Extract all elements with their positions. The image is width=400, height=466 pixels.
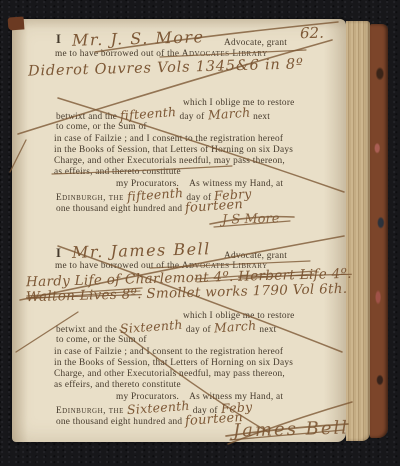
form-session: in the Books of Session, that Letters of… xyxy=(54,358,293,368)
form-session: in the Books of Session, that Letters of… xyxy=(54,145,293,155)
form-charge: Charge, and other Executorials needful, … xyxy=(54,369,285,379)
form-year-line: one thousand eight hundred and fourteen xyxy=(56,416,247,427)
form-day-of: day of xyxy=(180,112,205,122)
signed-day: fifteenth xyxy=(127,188,184,202)
due-day: Sixteenth xyxy=(120,320,183,334)
form-borrowed-pre: me to have borrowed out of the xyxy=(55,49,182,59)
form-betwixt-line: betwixt and the fifteenth day of March n… xyxy=(56,110,270,122)
form-next: next xyxy=(253,112,270,122)
form-day-of: day of xyxy=(186,325,211,335)
form-failzie: in case of Failzie ; and I consent to th… xyxy=(54,134,283,144)
photo-of-register-page: { "page_number": "62.", "form": { "prefi… xyxy=(0,0,400,466)
form-year-text: one thousand eight hundred and xyxy=(56,204,182,214)
form-next: next xyxy=(259,325,276,335)
form-advocate-grant: Advocate, grant xyxy=(224,251,287,261)
form-betwixt-line: betwixt and the Sixteenth day of March n… xyxy=(56,323,276,335)
due-day: fifteenth xyxy=(120,107,177,121)
book-fore-edge xyxy=(346,21,370,441)
signature-struck: J S More xyxy=(222,211,280,227)
book-cover-marbled-edge xyxy=(370,24,388,438)
form-prefix: I xyxy=(56,248,61,258)
form-betwixt: betwixt and the xyxy=(56,112,117,122)
book-struck: Walton Lives 8º. xyxy=(26,286,142,305)
form-year-line: one thousand eight hundred and fourteen xyxy=(56,203,247,214)
borrower-name: Mr. J. S. More xyxy=(72,27,205,49)
signature-struck: James Bell xyxy=(233,417,350,441)
form-borrowed-pre: me to have borrowed out of the xyxy=(55,261,182,271)
book-spine-corner xyxy=(8,16,25,30)
form-failzie: in case of Failzie ; and I consent to th… xyxy=(54,347,283,357)
form-to-come: to come, or the Sum of xyxy=(56,335,147,345)
folio-number: 62. xyxy=(300,24,324,43)
form-betwixt: betwixt and the xyxy=(56,325,117,335)
form-effeirs: as effeirs, and thereto constitute xyxy=(54,167,181,177)
due-month: March xyxy=(214,321,257,334)
due-month: March xyxy=(207,108,250,121)
form-to-come: to come, or the Sum of xyxy=(56,122,147,132)
form-edinburgh: Edinburgh, the xyxy=(56,406,124,416)
borrower-name: Mr. James Bell xyxy=(72,239,211,262)
form-effeirs: as effeirs, and thereto constitute xyxy=(54,380,181,390)
form-advocate-grant: Advocate, grant xyxy=(224,38,287,48)
signed-day: Sixteenth xyxy=(127,401,190,415)
form-prefix: I xyxy=(56,34,61,44)
form-edinburgh: Edinburgh, the xyxy=(56,193,124,203)
form-charge: Charge, and other Executorials needful, … xyxy=(54,156,285,166)
form-year-text: one thousand eight hundred and xyxy=(56,417,182,427)
